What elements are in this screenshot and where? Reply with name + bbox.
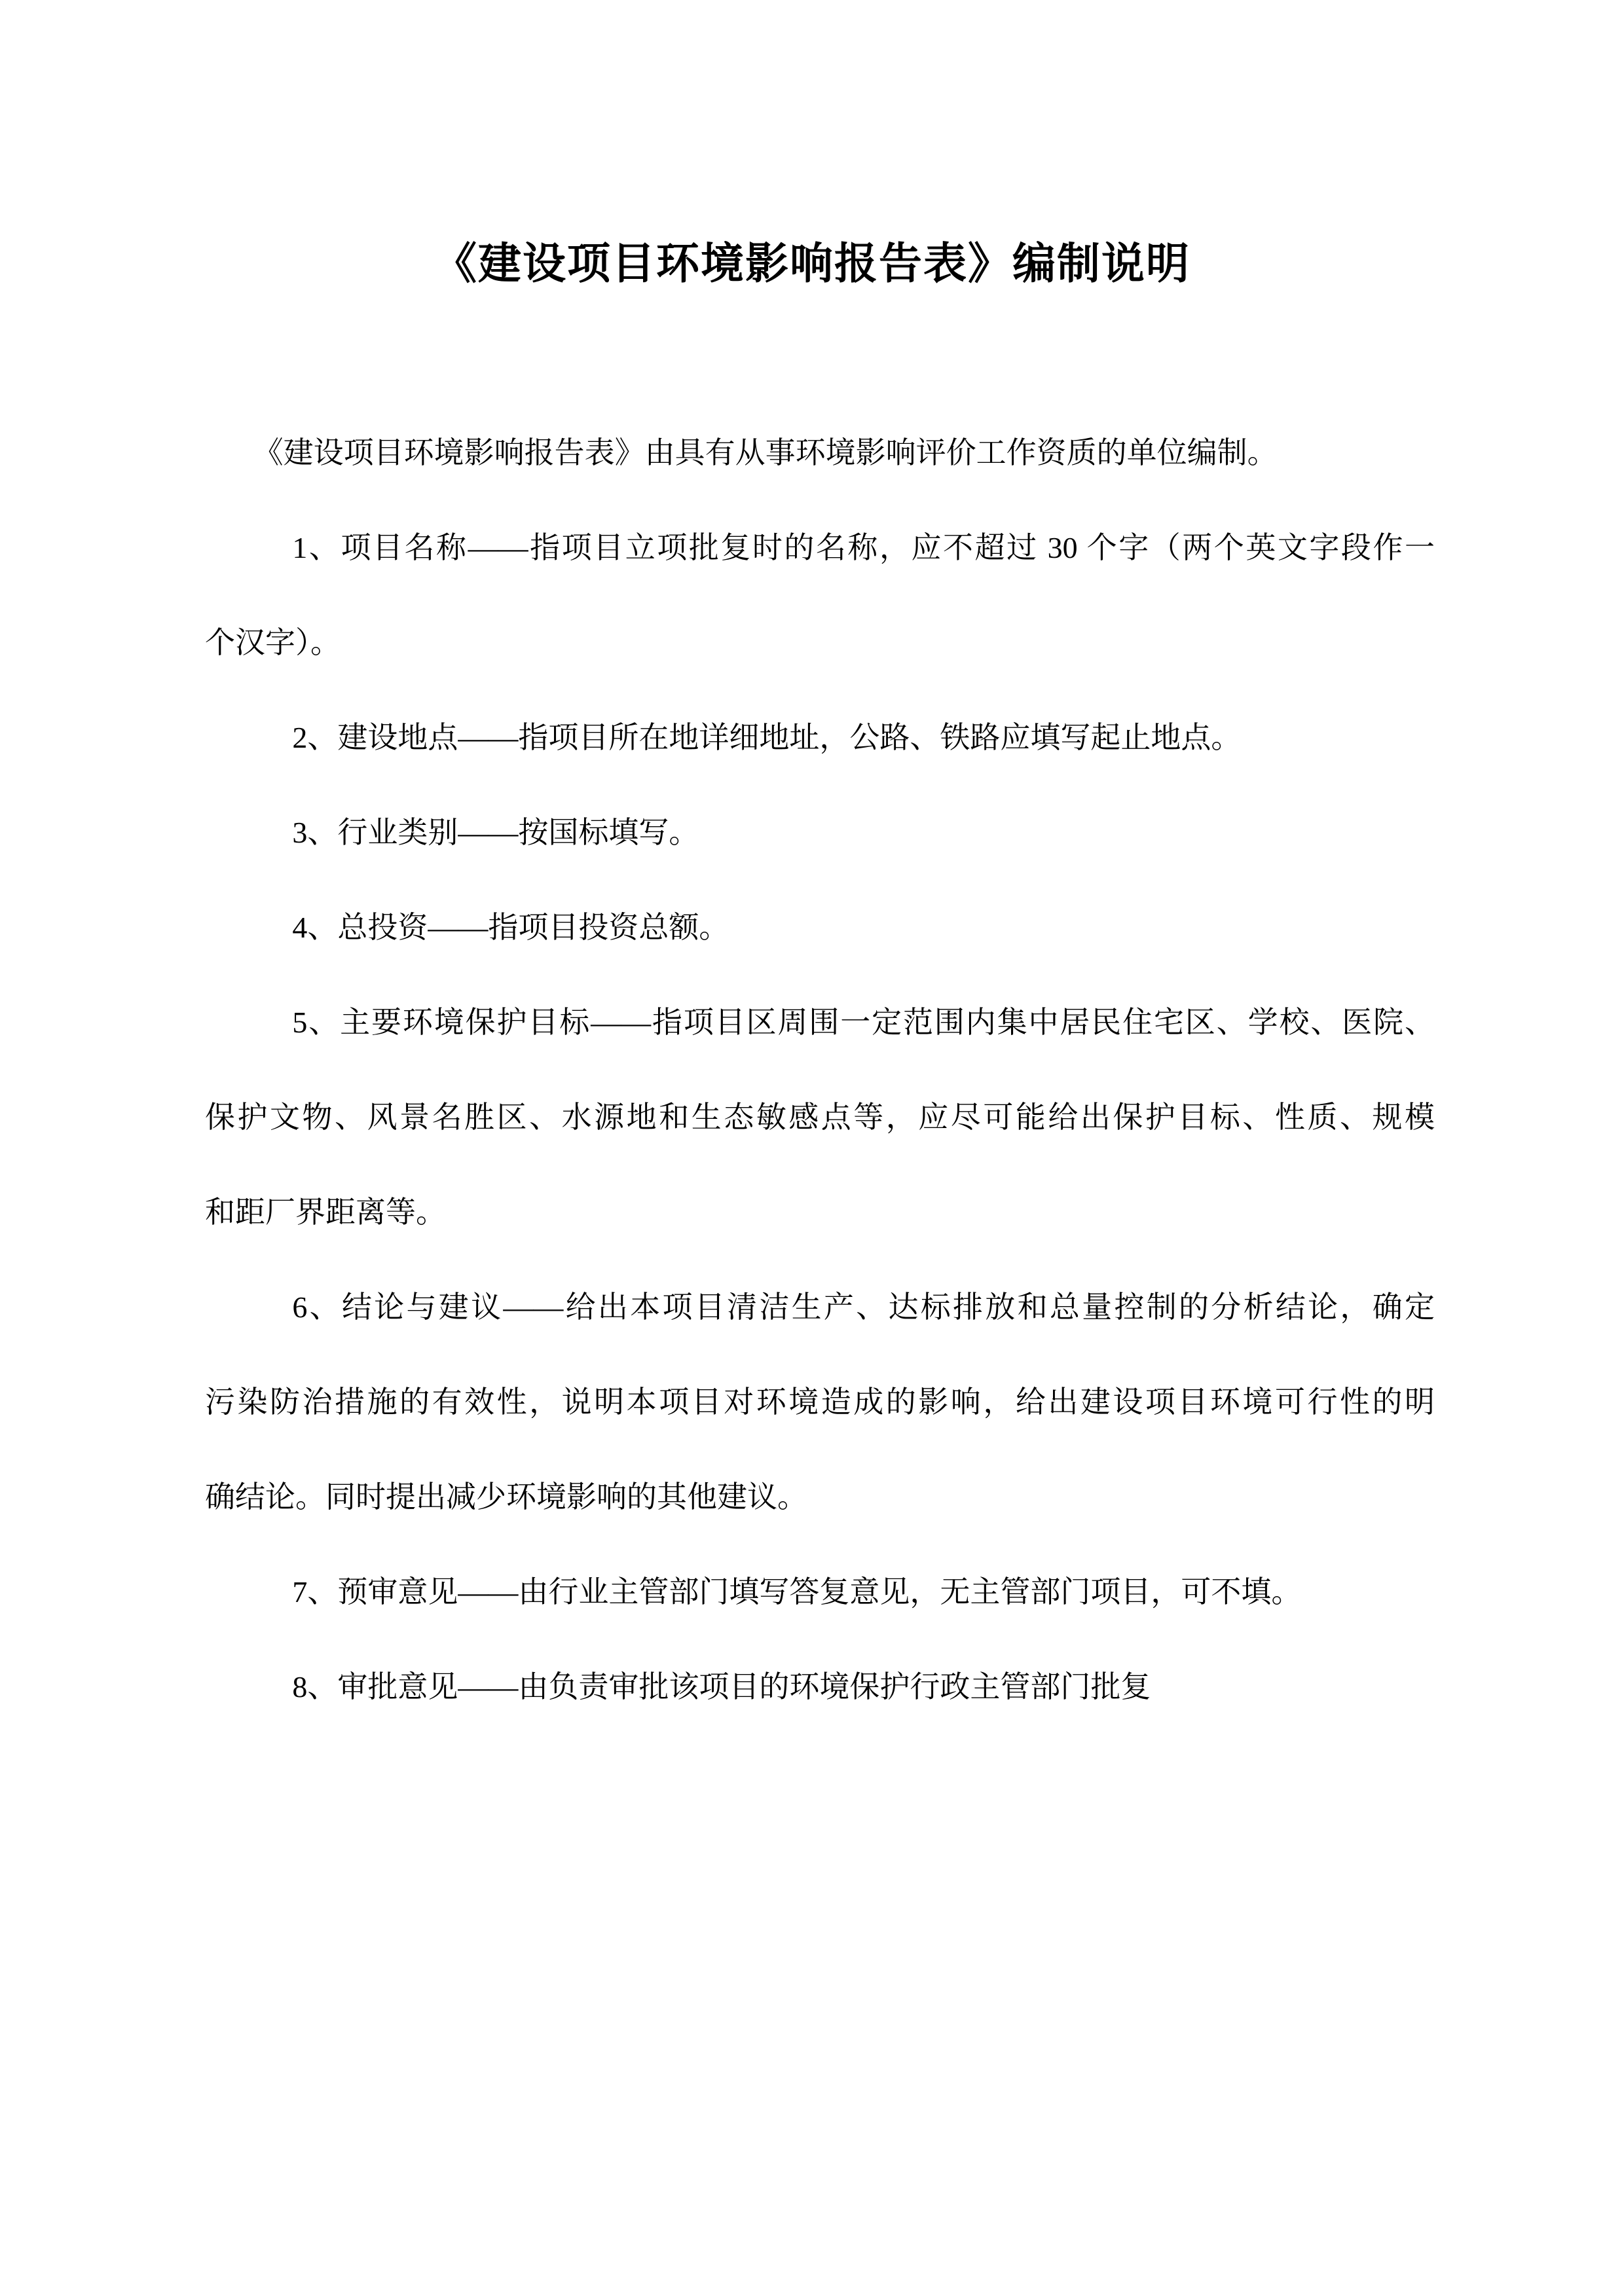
paragraph-line: 5、主要环境保护目标——指项目区周围一定范围内集中居民住宅区、学校、医院、 bbox=[205, 975, 1435, 1070]
document-body: 《建设项目环境影响报告表》由具有从事环境影响评价工作资质的单位编制。 1、项目名… bbox=[205, 405, 1435, 1734]
document-page: 《建设项目环境影响报告表》编制说明 《建设项目环境影响报告表》由具有从事环境影响… bbox=[0, 0, 1624, 2296]
paragraph-line: 8、审批意见——由负责审批该项目的环境保护行政主管部门批复 bbox=[205, 1639, 1435, 1734]
paragraph-line: 个汉字）。 bbox=[205, 595, 1435, 690]
paragraph-line: 1、项目名称——指项目立项批复时的名称，应不超过 30 个字（两个英文字段作一 bbox=[205, 500, 1435, 595]
paragraph-line: 3、行业类别——按国标填写。 bbox=[205, 785, 1435, 880]
paragraph-line: 4、总投资——指项目投资总额。 bbox=[205, 880, 1435, 975]
document-title: 《建设项目环境影响报告表》编制说明 bbox=[0, 0, 1624, 299]
paragraph-line: 保护文物、风景名胜区、水源地和生态敏感点等，应尽可能给出保护目标、性质、规模 bbox=[205, 1070, 1435, 1165]
paragraph-line: 6、结论与建议——给出本项目清洁生产、达标排放和总量控制的分析结论，确定 bbox=[205, 1260, 1435, 1355]
paragraph-line: 和距厂界距离等。 bbox=[205, 1165, 1435, 1260]
paragraph-line: 确结论。同时提出减少环境影响的其他建议。 bbox=[205, 1449, 1435, 1544]
paragraph-line: 污染防治措施的有效性，说明本项目对环境造成的影响，给出建设项目环境可行性的明 bbox=[205, 1355, 1435, 1449]
paragraph-line: 7、预审意见——由行业主管部门填写答复意见，无主管部门项目，可不填。 bbox=[205, 1544, 1435, 1639]
paragraph-line: 《建设项目环境影响报告表》由具有从事环境影响评价工作资质的单位编制。 bbox=[205, 405, 1435, 500]
paragraph-line: 2、建设地点——指项目所在地详细地址，公路、铁路应填写起止地点。 bbox=[205, 690, 1435, 785]
